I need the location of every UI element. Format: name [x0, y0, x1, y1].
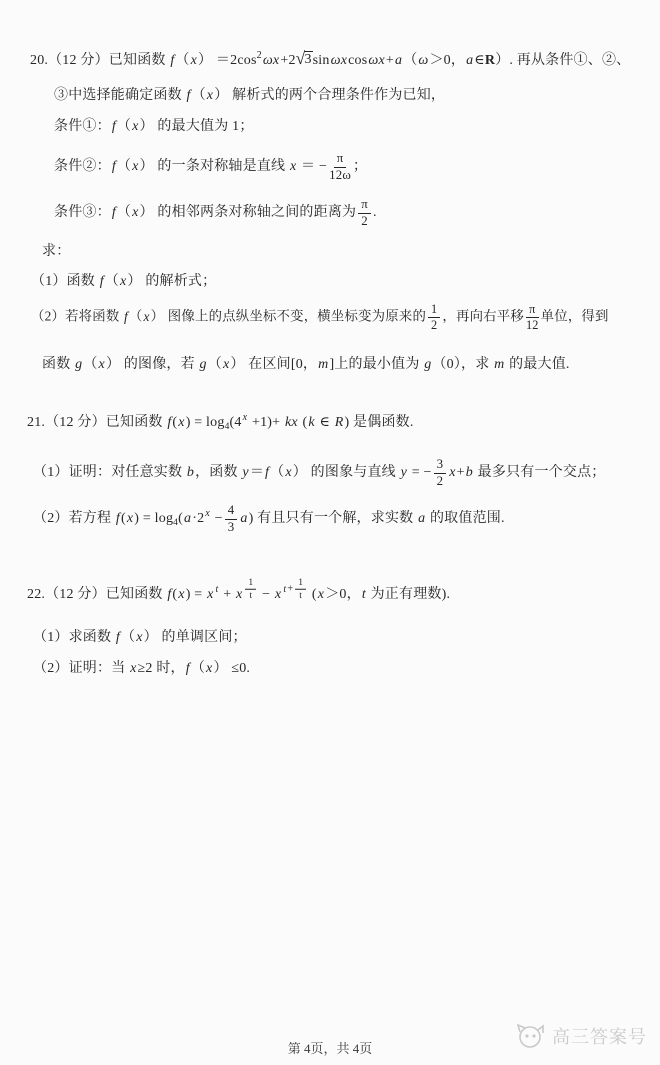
q20-part-2-line-1: （2）若将函数 f（x） 图像上的点纵坐标不变，横坐标变为原来的12，再向右平移… — [31, 303, 609, 332]
watermark-label: 高三答案号 — [552, 1023, 647, 1049]
cat-face-icon — [516, 1022, 546, 1050]
q20-intro-line-1: 20.（12 分）已知函数 f（x） ＝2cos2ωx+2√3sinωxcosω… — [30, 50, 630, 72]
q20-intro-line-2: ③中选择能确定函数 f（x） 解析式的两个合理条件作为已知， — [54, 85, 445, 107]
q22-part-2: （2）证明：当 x≥2 时，f（x） ≤0. — [33, 658, 250, 680]
exam-page: 20.（12 分）已知函数 f（x） ＝2cos2ωx+2√3sinωxcosω… — [0, 0, 660, 1065]
q20-condition-2: 条件②：f（x） 的一条对称轴是直线 x ＝ −π12ω； — [54, 152, 367, 182]
q20-ask: 求： — [42, 241, 70, 263]
q20-part-1: （1）函数 f（x） 的解析式； — [31, 271, 216, 293]
watermark: 高三答案号 — [516, 1022, 647, 1050]
q22-intro: 22.（12 分）已知函数 f(x) = xt + x1t − xt+1t (x… — [27, 584, 450, 607]
q21-intro: 21.（12 分）已知函数 f(x) = log4(4x +1)+ kx (k … — [27, 412, 414, 438]
q21-part-2: （2）若方程 f(x) = log4(a·2x −43a) 有且只有一个解，求实… — [33, 504, 505, 534]
q21-part-1: （1）证明：对任意实数 b，函数 y＝f（x） 的图象与直线 y = −32x+… — [33, 458, 605, 488]
q20-condition-3: 条件③：f（x） 的相邻两条对称轴之间的距离为π2. — [54, 198, 377, 228]
q20-part-2-line-2: 函数 g（x） 的图像，若 g（x） 在区间[0，m]上的最小值为 g（0），求… — [42, 354, 570, 376]
q20-condition-1: 条件①：f（x） 的最大值为 1； — [54, 116, 254, 138]
q22-part-1: （1）求函数 f（x） 的单调区间； — [33, 627, 247, 649]
